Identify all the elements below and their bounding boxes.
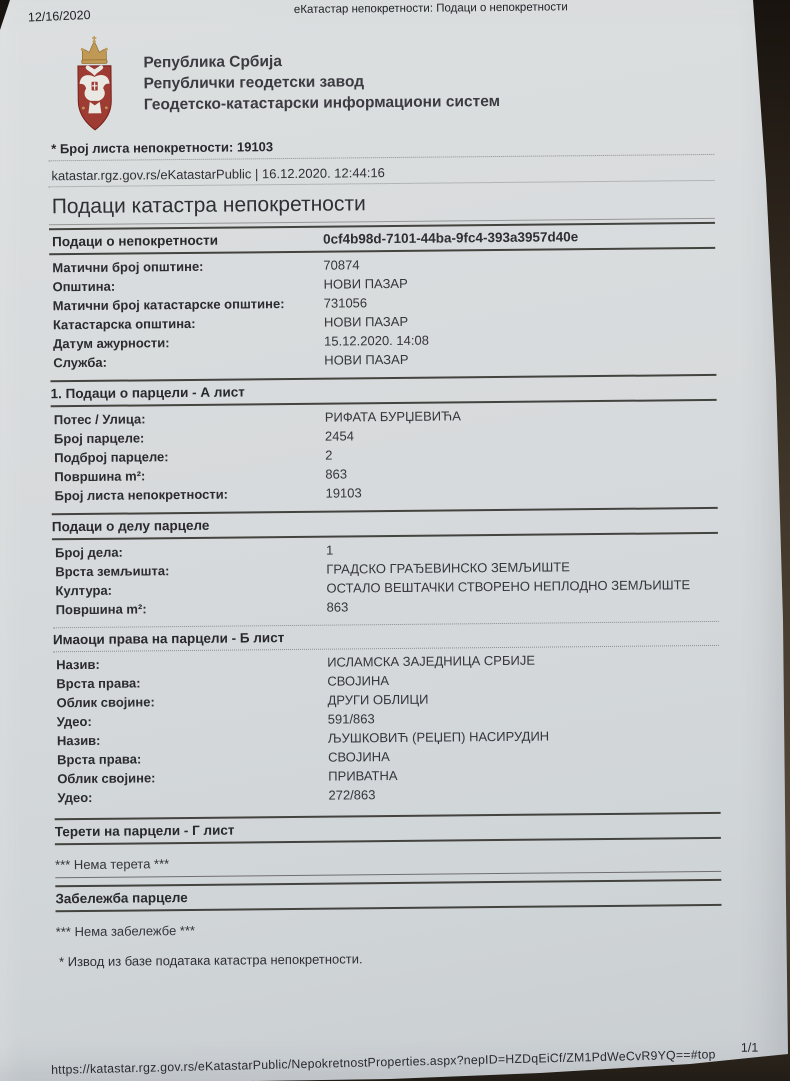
page-number: 1/1 [741,1041,759,1055]
page-title: Подаци катастра непокретности [49,187,715,225]
property-id-value: 0cf4b98d-7101-44ba-9fc4-393a3957d40e [323,226,715,249]
row-label: Врста права: [57,748,328,770]
row-label: Датум ажурности: [53,332,324,354]
sheet-number-label: * Број листа непокретности: [51,140,233,157]
row-label: Служба: [53,351,324,373]
crown-icon [81,36,108,64]
print-date: 12/16/2020 [28,8,91,25]
row-label: Облик својине: [57,767,328,789]
browser-print-title: еКатастар непокретности: Подаци о непокр… [294,1,568,16]
row-label: Назив: [57,729,328,751]
row-label: Површина m²: [56,598,327,620]
document-section: 1. Подаци о парцели - А лист Потес / Ули… [50,374,717,509]
row-label: Удео: [57,786,328,808]
row-label: Назив: [56,653,327,675]
document-content: 12/16/2020 еКатастар непокретности: Пода… [0,0,790,1081]
row-value: 272/863 [328,782,720,805]
row-value: НОВИ ПАЗАР [324,347,716,370]
row-label: Матични број катастарске општине: [53,294,324,316]
document-section: Забележба парцеле *** Нема забележбе *** [55,879,722,944]
row-label: Врста земљишта: [55,560,326,582]
row-label: Површина m²: [54,465,325,487]
section-rows: Потес / Улица: РИФАТА БУРЏЕВИЋА Број пар… [51,401,718,509]
property-table: Подаци о непокретности 0cf4b98d-7101-44b… [49,222,716,376]
row-label: Матични број општине: [52,256,323,278]
section-empty-note: *** Нема забележбе *** [56,913,722,944]
row-label: Општина: [52,275,323,297]
row-label: Катастарска општина: [53,313,324,335]
document-section: Подаци о делу парцеле Број дела: 1 Врста… [52,507,719,623]
document-section: Имаоци права на парцели - Б лист Назив: … [53,621,721,811]
photographed-document: 12/16/2020 еКатастар непокретности: Пода… [0,0,790,1081]
property-rows: Матични број општине: 70874 Општина: НОВ… [49,249,716,376]
section-rows: Број дела: 1 Врста земљишта: ГРАДСКО ГРА… [52,534,719,623]
printed-footer-url: https://katastar.rgz.gov.rs/eKatastarPub… [51,1047,716,1077]
row-label: Удео: [57,710,328,732]
row-value: 19103 [325,480,717,503]
serbia-coat-of-arms-icon [69,35,120,135]
section-empty-note: *** Нема терета *** [55,846,721,878]
row-label: Врста права: [56,672,327,694]
row-label: Култура: [55,579,326,601]
row-label: Број парцеле: [54,427,325,449]
property-id-label: Подаци о непокретности [52,230,323,252]
row-label: Број дела: [55,541,326,563]
sheet-number-value: 19103 [237,139,273,154]
extract-footnote: * Извод из базе података катастра непокр… [56,948,722,970]
row-label: Потес / Улица: [54,408,325,430]
row-label: Број листа непокретности: [54,484,325,506]
organization-header: Република СрбијаРепублички геодетски зав… [143,49,500,115]
sections: 1. Подаци о парцели - А лист Потес / Ули… [50,374,721,944]
row-label: Облик својине: [56,691,327,713]
row-label: Подброј парцеле: [54,446,325,468]
document-section: Терети на парцели - Г лист *** Нема тере… [55,812,722,878]
section-rows: Назив: ИСЛАМСКА ЗАЈЕДНИЦА СРБИЈЕ Врста п… [53,646,720,811]
document-body: * Број листа непокретности: 19103 katast… [48,135,722,970]
row-value: 863 [327,594,719,617]
organization-name-line: Геодетско-катастарски информациони систе… [144,91,500,115]
